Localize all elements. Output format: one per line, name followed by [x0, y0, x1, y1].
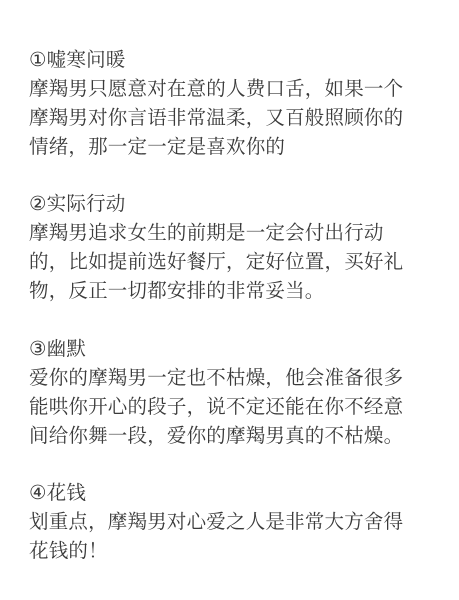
body-line: 爱你的摩羯男一定也不枯燥，他会准备很多 — [29, 363, 449, 392]
section-action: ②实际行动 摩羯男追求女生的前期是一定会付出行动 的，比如提前选好餐厅，定好位置… — [29, 189, 449, 305]
section-heading: ②实际行动 — [29, 189, 449, 218]
section-care: ①嘘寒问暖 摩羯男只愿意对在意的人费口舌，如果一个 摩羯男对你言语非常温柔，又百… — [29, 45, 449, 161]
section-spending: ④花钱 划重点，摩羯男对心爱之人是非常大方舍得 花钱的！ — [29, 478, 449, 565]
body-line: 花钱的！ — [29, 536, 449, 565]
body-line: 物，反正一切都安排的非常妥当。 — [29, 276, 449, 305]
document: ①嘘寒问暖 摩羯男只愿意对在意的人费口舌，如果一个 摩羯男对你言语非常温柔，又百… — [0, 0, 459, 600]
section-heading: ④花钱 — [29, 478, 449, 507]
body-line: 划重点，摩羯男对心爱之人是非常大方舍得 — [29, 507, 449, 536]
section-humor: ③幽默 爱你的摩羯男一定也不枯燥，他会准备很多 能哄你开心的段子，说不定还能在你… — [29, 334, 449, 450]
body-line: 情绪，那一定一定是喜欢你的 — [29, 132, 449, 161]
body-line: 能哄你开心的段子，说不定还能在你不经意 — [29, 392, 449, 421]
body-line: 摩羯男只愿意对在意的人费口舌，如果一个 — [29, 74, 449, 103]
body-line: 的，比如提前选好餐厅，定好位置，买好礼 — [29, 247, 449, 276]
body-line: 间给你舞一段，爱你的摩羯男真的不枯燥。 — [29, 421, 449, 450]
body-line: 摩羯男追求女生的前期是一定会付出行动 — [29, 218, 449, 247]
section-heading: ①嘘寒问暖 — [29, 45, 449, 74]
body-line: 摩羯男对你言语非常温柔，又百般照顾你的 — [29, 103, 449, 132]
section-heading: ③幽默 — [29, 334, 449, 363]
